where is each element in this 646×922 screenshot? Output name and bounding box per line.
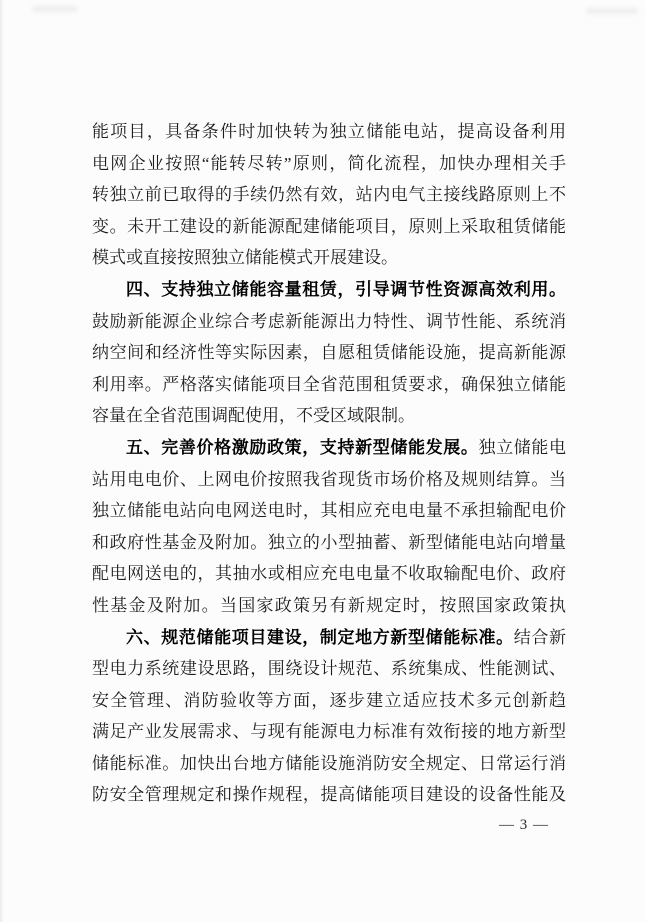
section-heading-line: 六、规范储能项目建设，制定地方新型储能标准。结合新 xyxy=(92,622,566,654)
body-text-line: 独立储能电站向电网送电时，其相应充电电量不承担输配电价 xyxy=(92,495,566,527)
body-text: 独立储能电站向电网送电时，其相应充电电量不承担输配电价 xyxy=(92,501,566,520)
body-text-line: 变。未开工建设的新能源配建储能项目，原则上采取租赁储能 xyxy=(92,211,566,243)
section-heading-text: 五、完善价格激励政策，支持新型储能发展。 xyxy=(126,438,479,457)
body-text-line: 型电力系统建设思路，围绕设计规范、系统集成、性能测试、 xyxy=(92,653,566,685)
section-heading-line: 四、支持独立储能容量租赁，引导调节性资源高效利用。 xyxy=(92,274,566,306)
body-text: 站用电电价、上网电价按照我省现货市场价格及规则结算。当 xyxy=(92,470,566,489)
body-text-line: 容量在全省范围调配使用，不受区域限制。 xyxy=(92,400,566,432)
body-text: 防安全管理规定和操作规程，提高储能项目建设的设备性能及 xyxy=(92,785,566,804)
body-text-line: 利用率。严格落实储能项目全省范围租赁要求，确保独立储能 xyxy=(92,369,566,401)
body-text: 容量在全省范围调配使用，不受区域限制。 xyxy=(92,406,415,425)
body-text: 转独立前已取得的手续仍然有效，站内电气主接线路原则上不 xyxy=(92,185,566,204)
section-heading-text: 六、规范储能项目建设，制定地方新型储能标准。 xyxy=(126,628,514,647)
section-heading-line: 五、完善价格激励政策，支持新型储能发展。独立储能电 xyxy=(92,432,566,464)
body-text-line: 储能标准。加快出台地方储能设施消防安全规定、日常运行消 xyxy=(92,748,566,780)
body-text-line: 能项目，具备条件时加快转为独立储能电站，提高设备利用率。 xyxy=(92,116,566,148)
body-text: 型电力系统建设思路，围绕设计规范、系统集成、性能测试、 xyxy=(92,659,566,678)
body-text-line: 电网企业按照“能转尽转”原则，简化流程，加快办理相关手续， xyxy=(92,148,566,180)
scan-artifact xyxy=(32,6,78,12)
body-text: 利用率。严格落实储能项目全省范围租赁要求，确保独立储能 xyxy=(92,375,566,394)
body-text: 配电网送电的，其抽水或相应充电电量不收取输配电价、政府 xyxy=(92,564,566,583)
body-text: 模式或直接按照独立储能模式开展建设。 xyxy=(92,248,398,267)
body-text: 结合新 xyxy=(514,628,566,647)
document-page: 能项目，具备条件时加快转为独立储能电站，提高设备利用率。电网企业按照“能转尽转”… xyxy=(0,0,646,922)
body-text-line: 配电网送电的，其抽水或相应充电电量不收取输配电价、政府 xyxy=(92,558,566,590)
body-text: 安全管理、消防验收等方面，逐步建立适应技术多元创新趋势、 xyxy=(92,691,566,717)
body-text: 电网企业按照“能转尽转”原则，简化流程，加快办理相关手续， xyxy=(92,154,566,180)
body-text: 能项目，具备条件时加快转为独立储能电站，提高设备利用率。 xyxy=(92,122,566,148)
body-text-line: 满足产业发展需求、与现有能源电力标准有效衔接的地方新型 xyxy=(92,716,566,748)
body-text: 纳空间和经济性等实际因素，自愿租赁储能设施，提高新能源 xyxy=(92,343,566,362)
body-text-line: 鼓励新能源企业综合考虑新能源出力特性、调节性能、系统消 xyxy=(92,306,566,338)
body-text: 储能标准。加快出台地方储能设施消防安全规定、日常运行消 xyxy=(92,754,566,773)
body-text-line: 站用电电价、上网电价按照我省现货市场价格及规则结算。当 xyxy=(92,464,566,496)
scan-artifact xyxy=(586,8,638,14)
body-text-line: 模式或直接按照独立储能模式开展建设。 xyxy=(92,242,566,274)
body-text: 变。未开工建设的新能源配建储能项目，原则上采取租赁储能 xyxy=(92,217,566,236)
body-text: 鼓励新能源企业综合考虑新能源出力特性、调节性能、系统消 xyxy=(92,312,566,331)
body-text-line: 性基金及附加。当国家政策另有新规定时，按照国家政策执行。 xyxy=(92,590,566,622)
body-text: 和政府性基金及附加。独立的小型抽蓄、新型储能电站向增量 xyxy=(92,533,566,552)
page-number: — 3 — xyxy=(499,814,549,836)
body-text-line: 安全管理、消防验收等方面，逐步建立适应技术多元创新趋势、 xyxy=(92,685,566,717)
body-text: 独立储能电 xyxy=(479,438,567,457)
body-text-line: 防安全管理规定和操作规程，提高储能项目建设的设备性能及 xyxy=(92,779,566,811)
body-text: 满足产业发展需求、与现有能源电力标准有效衔接的地方新型 xyxy=(92,722,566,741)
section-heading-text: 四、支持独立储能容量租赁，引导调节性资源高效利用。 xyxy=(126,280,566,299)
scan-edge-shadow xyxy=(0,0,4,922)
body-text-line: 和政府性基金及附加。独立的小型抽蓄、新型储能电站向增量 xyxy=(92,527,566,559)
body-text-line: 纳空间和经济性等实际因素，自愿租赁储能设施，提高新能源 xyxy=(92,337,566,369)
body-text: 性基金及附加。当国家政策另有新规定时，按照国家政策执行。 xyxy=(92,596,566,622)
document-body: 能项目，具备条件时加快转为独立储能电站，提高设备利用率。电网企业按照“能转尽转”… xyxy=(92,116,566,811)
body-text-line: 转独立前已取得的手续仍然有效，站内电气主接线路原则上不 xyxy=(92,179,566,211)
